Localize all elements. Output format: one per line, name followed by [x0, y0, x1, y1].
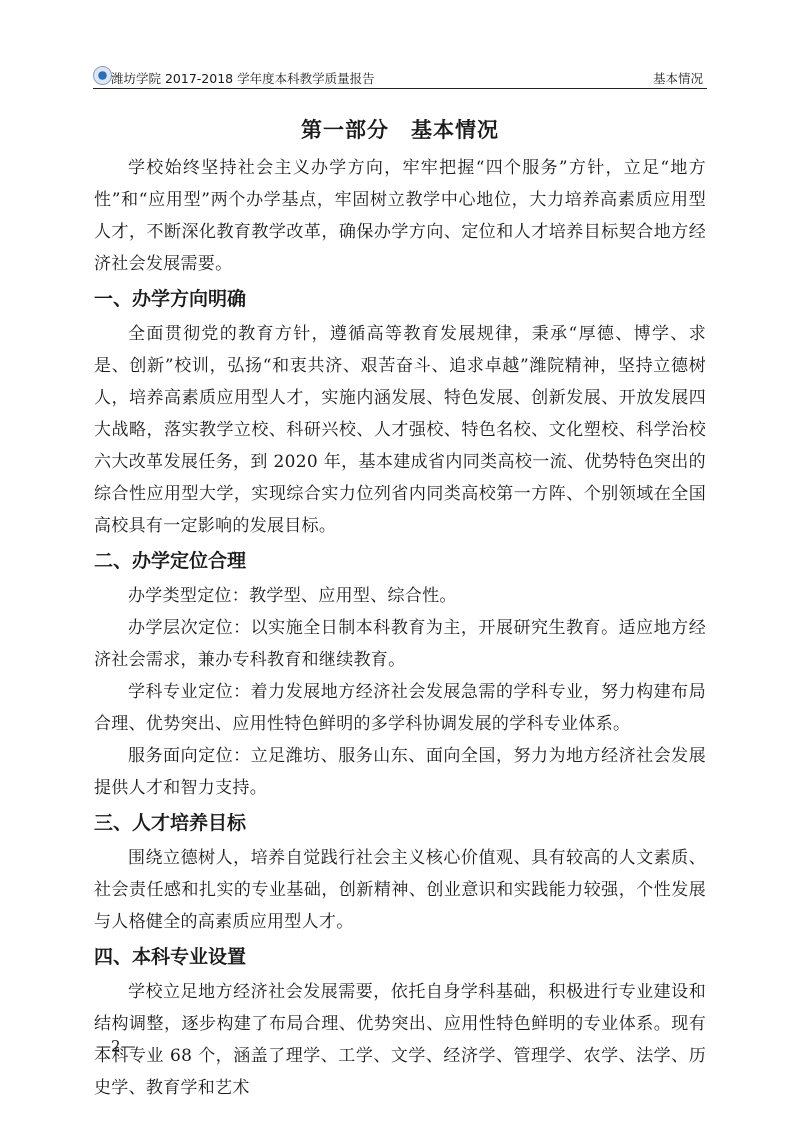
paragraph: 学校立足地方经济社会发展需要，依托自身学科基础，积极进行专业建设和结构调整，逐步…: [94, 976, 706, 1104]
document-body: 学校始终坚持社会主义办学方向，牢牢把握“四个服务”方针，立足“地方性”和“应用型…: [94, 152, 706, 1104]
paragraph: 围绕立德树人，培养自觉践行社会主义核心价值观、具有较高的人文素质、社会责任感和扎…: [94, 842, 706, 938]
page-header: 潍坊学院 2017-2018 学年度本科教学质量报告 基本情况: [93, 66, 707, 89]
school-emblem-icon: [93, 66, 112, 85]
section-heading: 三、人才培养目标: [94, 806, 706, 840]
paragraph: 学科专业定位：着力发展地方经济社会发展急需的学科专业，努力构建布局合理、优势突出…: [94, 676, 706, 740]
section-heading: 二、办学定位合理: [94, 544, 706, 578]
paragraph: 办学层次定位：以实施全日制本科教育为主，开展研究生教育。适应地方经济社会需求，兼…: [94, 612, 706, 676]
paragraph: 办学类型定位：教学型、应用型、综合性。: [94, 580, 706, 612]
page-title: 第一部分基本情况: [0, 114, 800, 144]
header-title: 潍坊学院 2017-2018 学年度本科教学质量报告: [111, 69, 375, 87]
part-title: 基本情况: [411, 118, 499, 142]
section-heading: 一、办学方向明确: [94, 282, 706, 316]
section-heading: 四、本科专业设置: [94, 940, 706, 974]
paragraph: 服务面向定位：立足潍坊、服务山东、面向全国，努力为地方经济社会发展提供人才和智力…: [94, 740, 706, 804]
paragraph: 全面贯彻党的教育方针，遵循高等教育发展规律，秉承“厚德、博学、求是、创新”校训，…: [94, 318, 706, 542]
part-label: 第一部分: [301, 118, 389, 142]
page-number: —2—: [96, 1037, 136, 1055]
header-section: 基本情况: [653, 69, 703, 87]
intro-paragraph: 学校始终坚持社会主义办学方向，牢牢把握“四个服务”方针，立足“地方性”和“应用型…: [94, 152, 706, 280]
